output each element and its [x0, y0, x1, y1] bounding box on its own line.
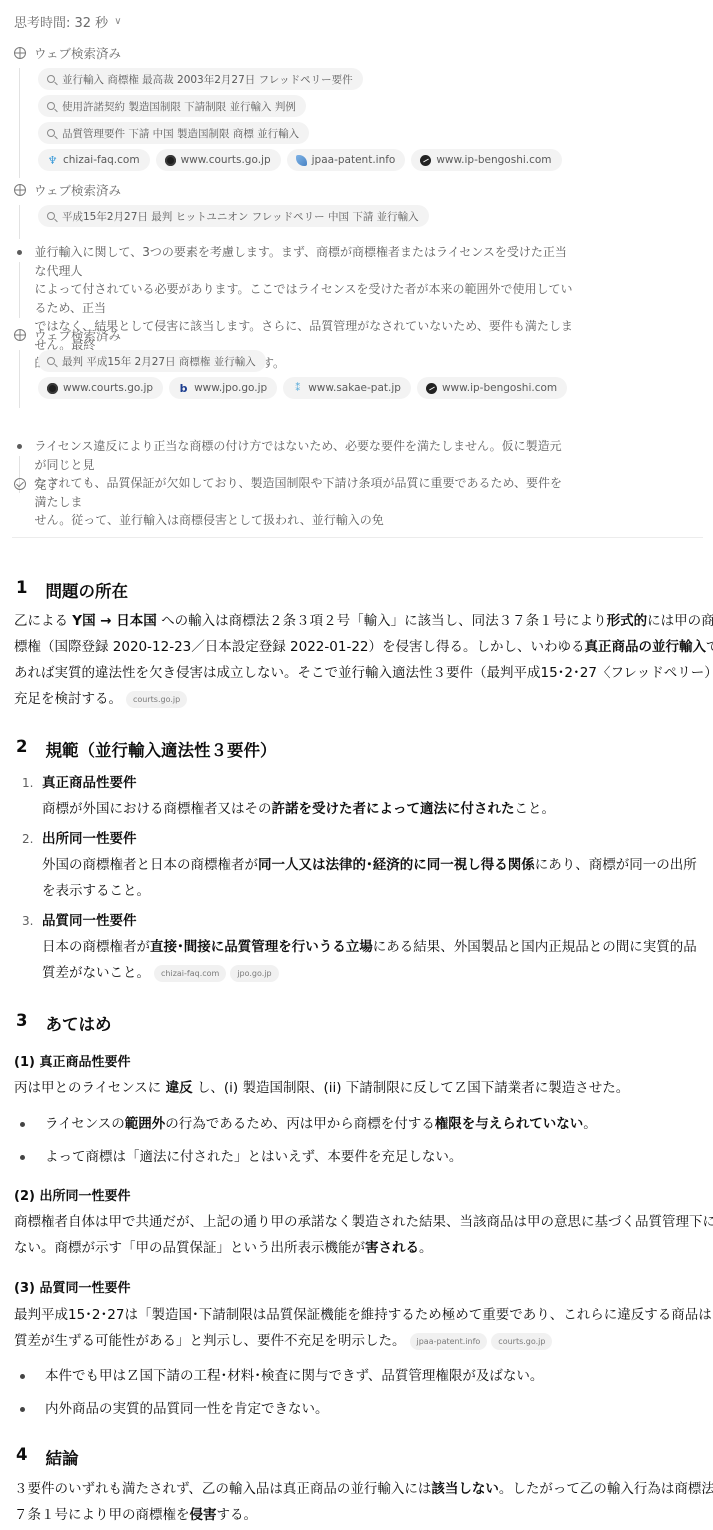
search-query-chip[interactable]: 使用許諾契約 製造国制限 下請制限 並行輸入 判例 — [38, 95, 306, 117]
citation-chip[interactable]: chizai-faq.com — [154, 965, 226, 982]
requirement-desc: 商標が外国における商標権者又はその許諾を受けた者によって適法に付されたこと。 — [42, 796, 703, 822]
heading-section-3: 3 あてはめ — [16, 1011, 111, 1035]
sub3-paragraph: 最判平成15･2･27は「製造国･下請制限は品質保証機能を維持するため極めて重要… — [14, 1302, 703, 1354]
list-number: 3. — [22, 908, 33, 934]
query-text: 品質管理要件 下請 中国 製造国制限 商標 並行輸入 — [62, 126, 299, 141]
note-line: 並行輸入に関して、3つの要素を考慮します。まず、商標が商標権者またはライセンスを… — [35, 243, 574, 280]
step-title: ウェブ検索済み — [34, 326, 121, 344]
web-search-step-1: ウェブ検索済み 並行輸入 商標権 最高裁 2003年2月27日 フレッドペリー要… — [14, 44, 701, 178]
requirement-title: 真正商品性要件 — [42, 770, 703, 796]
note-line: によって付されている必要があります。ここではライセンスを受けた者が本来の範囲外で… — [35, 280, 574, 317]
search-icon — [47, 212, 55, 220]
source-label: www.courts.go.jp — [63, 382, 153, 394]
search-icon — [47, 75, 55, 83]
citation-chip[interactable]: jpo.go.jp — [230, 965, 278, 982]
requirement-title: 品質同一性要件 — [42, 908, 703, 934]
citation-chip[interactable]: jpaa-patent.info — [410, 1333, 488, 1350]
search-query-chip[interactable]: 並行輸入 商標権 最高裁 2003年2月27日 フレッドペリー要件 — [38, 68, 363, 90]
done-status: 完了 — [14, 475, 59, 493]
query-text: 平成15年2月27日 最判 ヒットユニオン フレッドペリー 中国 下請 並行輸入 — [62, 209, 419, 224]
citation-chip[interactable]: courts.go.jp — [126, 691, 187, 708]
ip-bengoshi-favicon-icon — [420, 155, 431, 166]
source-chip[interactable]: www.courts.go.jp — [38, 377, 163, 399]
section-divider — [12, 537, 703, 538]
heading-number: 1 — [16, 578, 27, 602]
query-text: 並行輸入 商標権 最高裁 2003年2月27日 フレッドペリー要件 — [62, 72, 353, 87]
thinking-time-label: 思考時間: 32 秒 — [14, 12, 108, 31]
bullet-dot — [17, 250, 22, 255]
subheading-3: (3) 品質同一性要件 — [14, 1277, 130, 1296]
source-label: www.courts.go.jp — [181, 154, 271, 166]
bullet-item: ライセンスの範囲外の行為であるため、丙は甲から商標を付する権限を与えられていない… — [20, 1111, 703, 1137]
requirement-item-1: 1. 真正商品性要件 商標が外国における商標権者又はその許諾を受けた者によって適… — [22, 770, 703, 822]
heading-section-1: 1 問題の所在 — [16, 578, 128, 602]
chevron-down-icon: ∨ — [114, 16, 121, 27]
done-label: 完了 — [34, 475, 59, 493]
note-line: なされても、品質保証が欠如しており、製造国制限や下請け条項が品質に重要であるため… — [35, 474, 574, 511]
sakae-favicon-icon: ⁑ — [292, 383, 303, 394]
subheading-1: (1) 真正商品性要件 — [14, 1051, 130, 1070]
web-search-step-2: ウェブ検索済み 平成15年2月27日 最判 ヒットユニオン フレッドペリー 中国… — [14, 181, 701, 239]
heading-text: 規範（並行輸入適法性３要件） — [45, 737, 276, 761]
sub1-paragraph: 丙は甲とのライセンスに 違反 し、(i) 製造国制限、(ii) 下請制限に反して… — [14, 1075, 703, 1101]
bullet-dot — [20, 1374, 25, 1379]
source-chip[interactable]: jpaa-patent.info — [287, 149, 406, 171]
search-query-chip[interactable]: 平成15年2月27日 最判 ヒットユニオン フレッドペリー 中国 下請 並行輸入 — [38, 205, 429, 227]
source-label: jpaa-patent.info — [312, 154, 396, 166]
globe-icon — [14, 47, 26, 59]
search-query-chip[interactable]: 品質管理要件 下請 中国 製造国制限 商標 並行輸入 — [38, 122, 309, 144]
list-number: 1. — [22, 770, 33, 796]
globe-icon — [14, 329, 26, 341]
search-icon — [47, 129, 55, 137]
search-query-chip[interactable]: 最判 平成15年 2月27日 商標権 並行輸入 — [38, 350, 266, 372]
check-circle-icon — [14, 478, 26, 490]
bullet-item: 本件でも甲はＺ国下請の工程･材料･検査に関与できず、品質管理権限が及ばない。 — [20, 1363, 703, 1389]
note-line: せん。従って、並行輸入は商標侵害として扱われ、並行輸入の免 — [35, 511, 574, 530]
source-chip[interactable]: bwww.jpo.go.jp — [169, 377, 277, 399]
requirement-title: 出所同一性要件 — [42, 826, 703, 852]
requirement-item-2: 2. 出所同一性要件 外国の商標権者と日本の商標権者が同一人又は法律的･経済的に… — [22, 826, 703, 904]
note-line: ライセンス違反により正当な商標の付け方ではないため、必要な要件を満たしません。仮… — [35, 437, 574, 474]
query-text: 最判 平成15年 2月27日 商標権 並行輸入 — [62, 354, 256, 369]
bullet-item: 内外商品の実質的品質同一性を肯定できない。 — [20, 1396, 703, 1422]
heading-number: 2 — [16, 737, 27, 761]
thinking-note-2: ライセンス違反により正当な商標の付け方ではないため、必要な要件を満たしません。仮… — [14, 437, 573, 530]
conclusion-paragraph: ３要件のいずれも満たされず、乙の輸入品は真正商品の並行輸入には該当しない。したが… — [14, 1476, 703, 1528]
heading-number: 4 — [16, 1445, 27, 1469]
bullet-dot — [20, 1407, 25, 1412]
query-text: 使用許諾契約 製造国制限 下請制限 並行輸入 判例 — [62, 99, 296, 114]
courts-favicon-icon — [47, 383, 58, 394]
jpaa-favicon-icon — [296, 155, 307, 166]
bullet-dot — [20, 1155, 25, 1160]
section-1-paragraph: 乙による Y国 → 日本国 への輸入は商標法２条３項２号「輸入」に該当し、同法３… — [14, 608, 703, 712]
source-chip[interactable]: www.courts.go.jp — [156, 149, 281, 171]
search-icon — [47, 102, 55, 110]
step-title: ウェブ検索済み — [34, 44, 121, 62]
jpo-favicon-icon: b — [178, 383, 189, 394]
list-number: 2. — [22, 826, 33, 852]
requirement-desc: 日本の商標権者が直接･間接に品質管理を行いうる立場にある結果、外国製品と国内正規… — [42, 934, 703, 986]
source-label: www.sakae-pat.jp — [308, 382, 401, 394]
source-chip[interactable]: www.ip-bengoshi.com — [411, 149, 561, 171]
source-label: www.ip-bengoshi.com — [436, 154, 551, 166]
sub2-paragraph: 商標権者自体は甲で共通だが、上記の通り甲の承諾なく製造された結果、当該商品は甲の… — [14, 1209, 703, 1261]
thinking-toggle[interactable]: 思考時間: 32 秒 ∨ — [14, 12, 122, 31]
subheading-2: (2) 出所同一性要件 — [14, 1185, 130, 1204]
bullet-dot — [20, 1122, 25, 1127]
source-chip[interactable]: ♆chizai-faq.com — [38, 149, 150, 171]
bullet-item: よって商標は「適法に付された」とはいえず、本要件を充足しない。 — [20, 1144, 703, 1170]
heading-text: 問題の所在 — [45, 578, 128, 602]
heading-number: 3 — [16, 1011, 27, 1035]
courts-favicon-icon — [165, 155, 176, 166]
source-label: www.jpo.go.jp — [194, 382, 267, 394]
citation-chip[interactable]: courts.go.jp — [491, 1333, 552, 1350]
requirement-item-3: 3. 品質同一性要件 日本の商標権者が直接･間接に品質管理を行いうる立場にある結… — [22, 908, 703, 986]
web-search-step-3: ウェブ検索済み 最判 平成15年 2月27日 商標権 並行輸入 www.cour… — [14, 326, 701, 408]
source-label: chizai-faq.com — [63, 154, 140, 166]
search-icon — [47, 357, 55, 365]
chizai-favicon-icon: ♆ — [47, 155, 58, 166]
heading-section-4: 4 結論 — [16, 1445, 78, 1469]
source-chip[interactable]: ⁑www.sakae-pat.jp — [283, 377, 411, 399]
heading-section-2: 2 規範（並行輸入適法性３要件） — [16, 737, 276, 761]
timeline-line — [19, 262, 20, 318]
heading-text: あてはめ — [45, 1011, 111, 1035]
source-chip[interactable]: www.ip-bengoshi.com — [417, 377, 567, 399]
ip-bengoshi-favicon-icon — [426, 383, 437, 394]
requirement-desc: 外国の商標権者と日本の商標権者が同一人又は法律的･経済的に同一視し得る関係にあり… — [42, 852, 703, 904]
globe-icon — [14, 184, 26, 196]
step-title: ウェブ検索済み — [34, 181, 121, 199]
bullet-dot — [17, 444, 22, 449]
source-label: www.ip-bengoshi.com — [442, 382, 557, 394]
heading-text: 結論 — [45, 1445, 78, 1469]
